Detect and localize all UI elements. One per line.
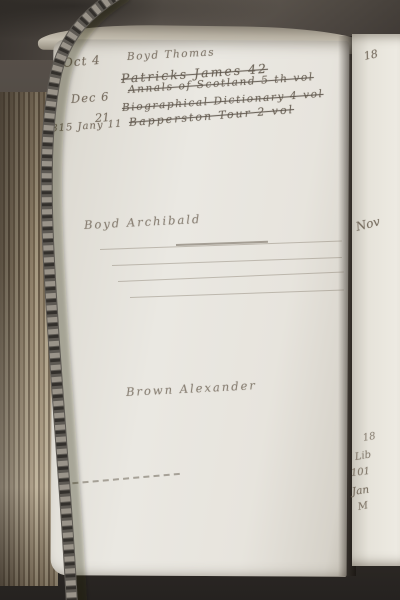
right-page-fragment: M bbox=[357, 500, 369, 513]
right-page-fragment: Jan bbox=[351, 484, 370, 498]
entry-date: Dec 6 bbox=[71, 89, 110, 106]
right-page-fragment: 18 bbox=[362, 431, 376, 444]
ledger-photograph: Oct 4 Boyd Thomas Patricks James 42 Dec … bbox=[0, 0, 400, 600]
right-page-fragment: 101 bbox=[350, 466, 370, 479]
page-edge-stack bbox=[0, 92, 58, 586]
